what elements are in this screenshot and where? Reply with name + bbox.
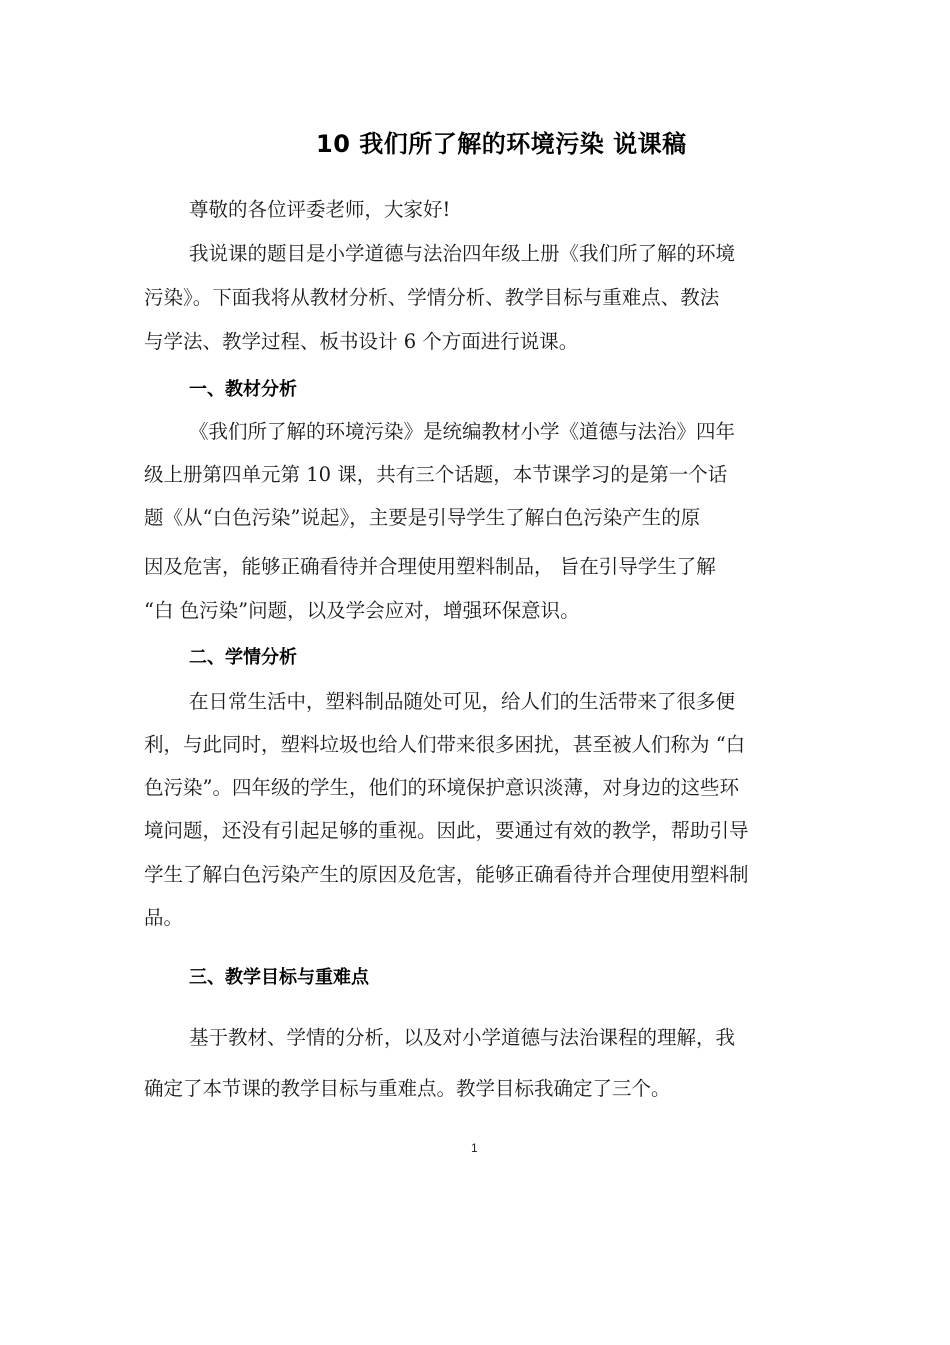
section-1-line-4: 因及危害，能够正确看待并合理使用塑料制品， 旨在引导学生了解 <box>144 553 716 581</box>
section-2-line-4: 境问题，还没有引起足够的重视。因此，要通过有效的教学，帮助引导 <box>144 817 749 845</box>
section-1-line-3: 题《从“白色污染”说起》，主要是引导学生了解白色污染产生的原 <box>144 504 700 532</box>
section-heading-textbook-analysis: 一、教材分析 <box>189 376 297 404</box>
section-heading-teaching-goals: 三、教学目标与重难点 <box>189 964 369 992</box>
section-2-line-5: 学生了解白色污染产生的原因及危害，能够正确看待并合理使用塑料制 <box>144 861 749 889</box>
section-2-line-1: 在日常生活中，塑料制品随处可见，给人们的生活带来了很多便 <box>189 688 735 716</box>
section-2-line-2: 利，与此同时，塑料垃圾也给人们带来很多困扰，甚至被人们称为 “白 <box>144 731 745 759</box>
document-page: 10 我们所了解的环境污染 说课稿 尊敬的各位评委老师，大家好! 我说课的题目是… <box>0 0 950 1345</box>
intro-line-2: 污染》。下面我将从教材分析、学情分析、教学目标与重难点、教法 <box>144 284 719 312</box>
section-1-line-2: 级上册第四单元第 10 课，共有三个话题，本节课学习的是第一个话 <box>144 461 727 489</box>
section-3-line-1: 基于教材、学情的分析，以及对小学道德与法治课程的理解，我 <box>189 1024 735 1052</box>
intro-line-1: 我说课的题目是小学道德与法治四年级上册《我们所了解的环境 <box>189 240 735 268</box>
section-1-line-1: 《我们所了解的环境污染》是统编教材小学《道德与法治》四年 <box>189 418 735 446</box>
section-2-line-3: 色污染”。四年级的学生，他们的环境保护意识淡薄，对身边的这些环 <box>144 774 739 802</box>
section-3-line-2: 确定了本节课的教学目标与重难点。教学目标我确定了三个。 <box>144 1075 671 1103</box>
section-heading-student-analysis: 二、学情分析 <box>189 644 297 672</box>
intro-line-3: 与学法、教学过程、板书设计 6 个方面进行说课。 <box>144 328 578 356</box>
document-title: 10 我们所了解的环境污染 说课稿 <box>316 128 687 160</box>
greeting: 尊敬的各位评委老师，大家好! <box>189 196 450 224</box>
section-2-line-6: 品。 <box>144 904 183 932</box>
page-number: 1 <box>471 1140 478 1156</box>
section-1-line-5: “白 色污染”问题，以及学会应对，增强环保意识。 <box>144 597 580 625</box>
